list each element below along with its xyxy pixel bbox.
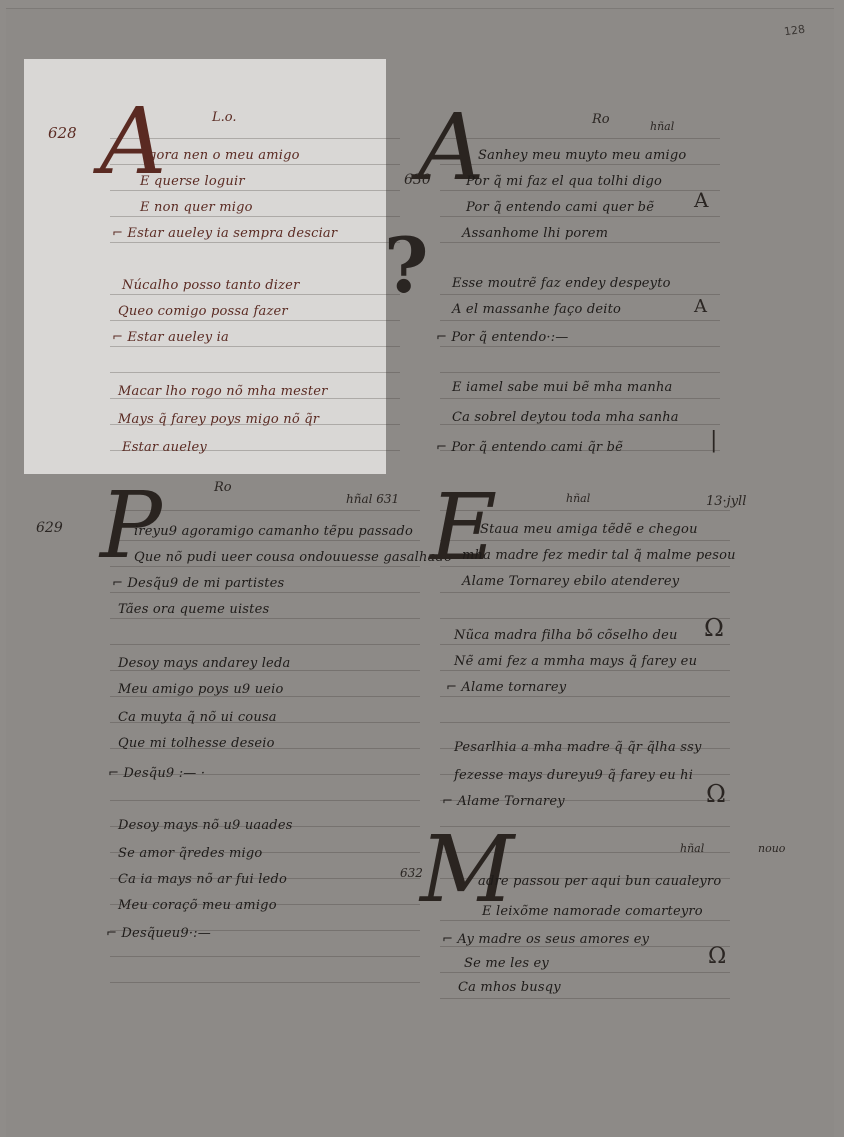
poem-number: 629: [36, 520, 63, 536]
verse-line: E leixõme namorade comarteyro: [482, 904, 703, 919]
margin-mark: |: [710, 428, 717, 453]
verse-line: Ca ia mays nõ ar fui ledo: [118, 872, 287, 887]
ruled-line: [110, 644, 420, 645]
ruled-line: [440, 644, 730, 645]
verse-line: Queo comigo possa fazer: [118, 304, 288, 319]
verse-line: Se me les ey: [464, 956, 549, 971]
verse-line-refrain: ⌐ Alame Tornarey: [442, 794, 565, 809]
verse-line: Staua meu amiga tẽdẽ e chegou: [480, 522, 698, 537]
verse-line-refrain: Estar aueley: [122, 440, 207, 455]
decorated-initial: M: [420, 824, 514, 916]
ruled-line: [440, 618, 730, 619]
side-note: 13·jyll: [706, 494, 746, 509]
verse-line: Mays q̃ farey poys migo nõ q̃r: [118, 412, 319, 427]
verse-line-refrain: ⌐ Desq̃u9 de mi partistes: [112, 576, 284, 591]
ruled-line: [110, 956, 420, 957]
ruled-line: [440, 372, 720, 373]
verse-line: Esse moutrẽ faz endey despeyto: [452, 276, 671, 291]
verse-line: E querse loguir: [140, 174, 245, 189]
ruled-line: [110, 294, 400, 295]
margin-mark: Ω: [706, 780, 726, 808]
ruled-line: [440, 320, 720, 321]
verse-line: Meu amigo poys u9 ueio: [118, 682, 284, 697]
verse-line: fezesse mays dureyu9 q̃ farey eu hi: [454, 768, 693, 783]
verse-line: Pesarlhia a mha madre q̃ q̃r q̃lha ssy: [454, 740, 702, 755]
verse-line-refrain: Alame Tornarey ebilo atenderey: [462, 574, 679, 589]
ruled-line: [110, 346, 400, 347]
ruled-line: [110, 320, 400, 321]
ruled-line: [110, 800, 420, 801]
verse-line: A el massanhe faço deito: [452, 302, 621, 317]
verse-line-refrain: ⌐ Ay madre os seus amores ey: [442, 932, 649, 947]
verse-line: Macar lho rogo nõ mha mester: [118, 384, 328, 399]
ruled-line: [440, 242, 720, 243]
margin-mark: Ω: [708, 944, 726, 969]
verse-line: E iamel sabe mui bẽ mha manha: [452, 380, 673, 395]
verse-line: mha madre fez medir tal q̃ malme pesou: [462, 548, 736, 563]
verse-line: Assanhome lhi porem: [462, 226, 608, 241]
verse-line: ireyu9 agoramigo camanho tẽpu passado: [134, 524, 413, 539]
ruled-line: [440, 216, 720, 217]
margin-mark: Ω: [704, 614, 724, 642]
verse-line: Ca sobrel deytou toda mha sanha: [452, 410, 679, 425]
verse-line: Ca muyta q̃ nõ ui cousa: [118, 710, 277, 725]
verse-line-refrain: ⌐ Por q̃ entendo·:—: [436, 330, 569, 345]
verse-line-refrain: ⌐ Desq̃ueu9·:—: [106, 926, 211, 941]
side-note: nouo: [758, 842, 785, 855]
verse-line-refrain: ⌐ Alame tornarey: [446, 680, 566, 695]
verse-line: Meu coraçõ meu amigo: [118, 898, 277, 913]
ruled-line: [440, 670, 730, 671]
verse-line: Se amor q̃redes migo: [118, 846, 262, 861]
ruled-line: [110, 242, 400, 243]
poem-header-note: hñal 631: [346, 492, 399, 506]
verse-line: Núcalho posso tanto dizer: [122, 278, 300, 293]
ruled-line: [110, 372, 400, 373]
verse-line: Nũca madra filha bõ cõselho deu: [454, 628, 678, 643]
ruled-line: [440, 592, 730, 593]
margin-mark: A: [694, 296, 707, 317]
poem-number: 628: [48, 124, 77, 142]
verse-line-refrain: ⌐ Estar aueley ia: [112, 330, 229, 345]
verse-line: Desoy mays nõ u9 uaades: [118, 818, 293, 833]
verse-line-refrain: ⌐ Por q̃ entendo cami q̃r bẽ: [436, 440, 623, 455]
ruled-line: [440, 398, 720, 399]
verse-line: Que mi tolhesse deseio: [118, 736, 275, 751]
ruled-line: [110, 216, 400, 217]
verse-line: Ca mhos busqy: [458, 980, 561, 995]
ruled-line: [110, 592, 420, 593]
verse-line-refrain: ⌐ Estar aueley ia sempra desciar: [112, 226, 337, 241]
paragraph-mark: ?: [384, 228, 429, 304]
ruled-line: [110, 618, 420, 619]
ruled-line: [440, 294, 720, 295]
ruled-line: [110, 982, 420, 983]
verse-line: Por q̃ entendo cami quer bẽ: [466, 200, 654, 215]
verse-line: Por q̃ mi faz el qua tolhi digo: [466, 174, 662, 189]
ruled-line: [440, 998, 730, 999]
verse-line: Nẽ ami fez a mmha mays q̃ farey eu: [454, 654, 697, 669]
poem-header-note: hñal: [680, 842, 704, 855]
verse-line: Que nõ pudi ueer cousa ondouuesse gasalh…: [134, 550, 452, 565]
verse-line: Sanhey meu muyto meu amigo: [478, 148, 686, 163]
verse-line: Tães ora queme uistes: [118, 602, 269, 617]
ruled-line: [440, 972, 730, 973]
verse-line: E non quer migo: [140, 200, 253, 215]
margin-mark: A: [694, 188, 708, 212]
verse-line-refrain: ⌐ Desq̃u9 :— ·: [108, 766, 205, 781]
poem-header: Ro: [214, 480, 232, 495]
poem-header: Ro: [592, 112, 610, 127]
ruled-line: [440, 722, 730, 723]
verse-line: adre passou per aqui bun caualeyro: [478, 874, 721, 889]
poem-header-note: hñal: [650, 120, 674, 133]
ruled-line: [440, 346, 720, 347]
poem-header-note: hñal: [566, 492, 590, 505]
verse-line: Desoy mays andarey leda: [118, 656, 290, 671]
poem-header: L.o.: [212, 110, 237, 125]
verse-line: gora nen o meu amigo: [148, 148, 300, 163]
ruled-line: [440, 696, 730, 697]
